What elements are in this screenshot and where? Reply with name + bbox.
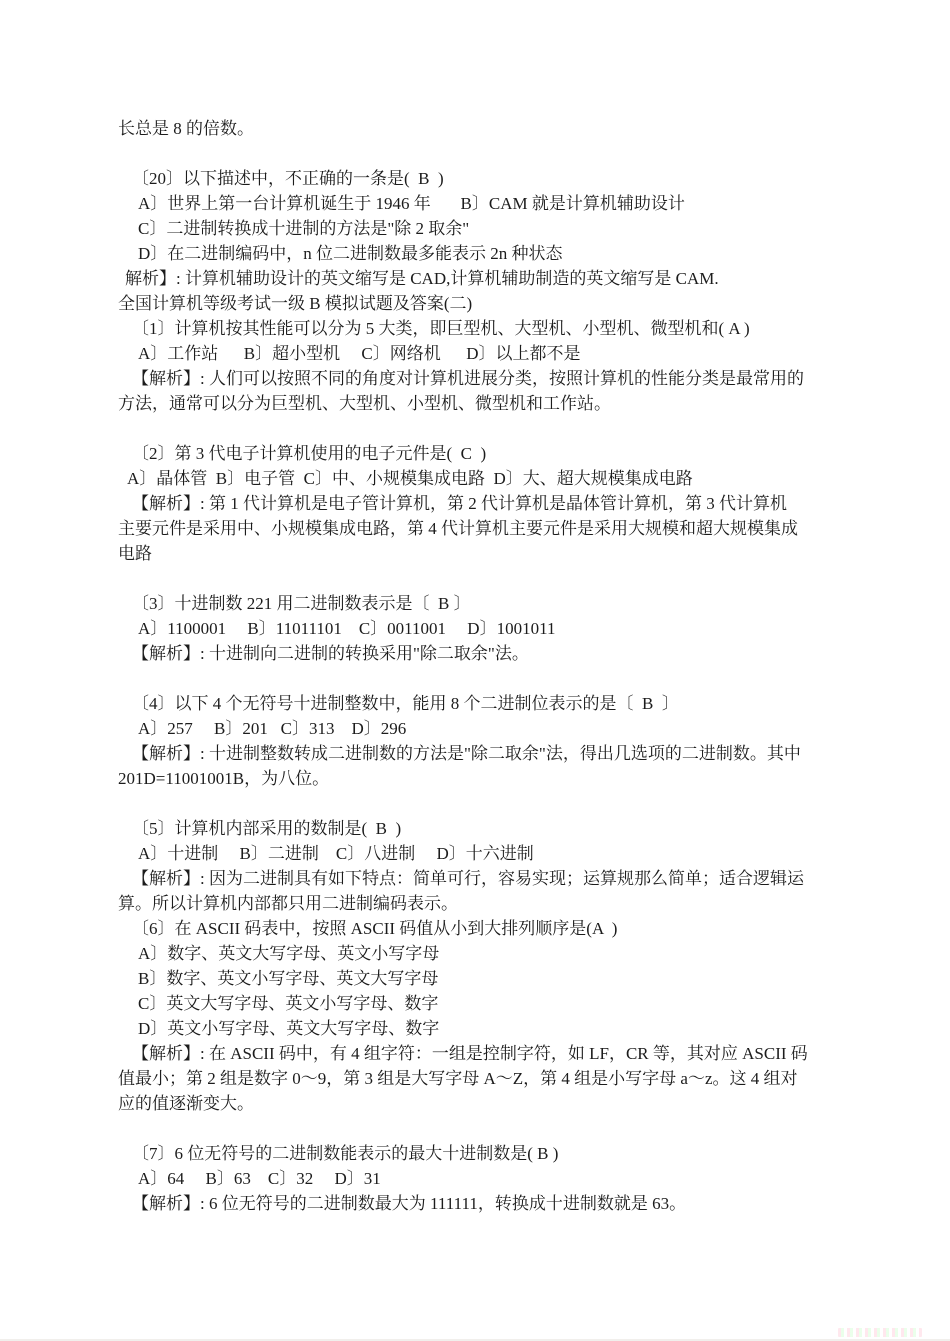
question-5-stem: 〔5〕计算机内部采用的数制是( B ): [118, 816, 834, 841]
question-3-explanation: 【解析】: 十进制向二进制的转换采用"除二取余"法。: [118, 641, 834, 666]
question-4-explanation-line-2: 201D=11001001B，为八位。: [118, 766, 834, 791]
blank-line: [118, 416, 834, 441]
question-1-options: A〕工作站 B〕超小型机 C〕网络机 D〕以上都不是: [118, 341, 834, 366]
question-6-stem: 〔6〕在 ASCII 码表中，按照 ASCII 码值从小到大排列顺序是(A ): [118, 916, 834, 941]
document-page: 长总是 8 的倍数。 〔20〕以下描述中，不正确的一条是( B ) A〕世界上第…: [0, 0, 950, 1341]
question-20-option-c: C〕二进制转换成十进制的方法是"除 2 取余": [118, 216, 834, 241]
question-20-option-d: D〕在二进制编码中，n 位二进制数最多能表示 2n 种状态: [118, 241, 834, 266]
question-20-options-ab: A〕世界上第一台计算机诞生于 1946 年 B〕CAM 就是计算机辅助设计: [118, 191, 834, 216]
question-2-explanation-line-3: 电路: [118, 541, 834, 566]
question-1-explanation-line-2: 方法，通常可以分为巨型机、大型机、小型机、微型机和工作站。: [118, 391, 834, 416]
question-6-option-b: B〕数字、英文小写字母、英文大写字母: [118, 966, 834, 991]
question-6-option-d: D〕英文小写字母、英文大写字母、数字: [118, 1016, 834, 1041]
faint-watermark: [838, 1328, 922, 1337]
question-5-options: A〕十进制 B〕二进制 C〕八进制 D〕十六进制: [118, 841, 834, 866]
question-2-options: A〕晶体管 B〕电子管 C〕中、小规模集成电路 D〕大、超大规模集成电路: [118, 466, 834, 491]
blank-line: [118, 791, 834, 816]
question-1-stem: 〔1〕计算机按其性能可以分为 5 大类，即巨型机、大型机、小型机、微型机和( A…: [118, 316, 834, 341]
question-7-stem: 〔7〕6 位无符号的二进制数能表示的最大十进制数是( B ): [118, 1141, 834, 1166]
question-3-options: A〕1100001 B〕11011101 C〕0011001 D〕1001011: [118, 616, 834, 641]
question-2-explanation-line-1: 【解析】: 第 1 代计算机是电子管计算机，第 2 代计算机是晶体管计算机，第 …: [118, 491, 834, 516]
question-6-explanation-line-2: 值最小；第 2 组是数字 0～9，第 3 组是大写字母 A～Z，第 4 组是小写…: [118, 1066, 834, 1091]
question-20-stem: 〔20〕以下描述中，不正确的一条是( B ): [118, 166, 834, 191]
question-20-explanation: 解析】: 计算机辅助设计的英文缩写是 CAD,计算机辅助制造的英文缩写是 CAM…: [118, 266, 834, 291]
question-5-explanation-line-2: 算。所以计算机内部都只用二进制编码表示。: [118, 891, 834, 916]
question-2-explanation-line-2: 主要元件是采用中、小规模集成电路，第 4 代计算机主要元件是采用大规模和超大规模…: [118, 516, 834, 541]
question-6-option-a: A〕数字、英文大写字母、英文小写字母: [118, 941, 834, 966]
blank-line: [118, 566, 834, 591]
blank-line: [118, 141, 834, 166]
question-4-stem: 〔4〕以下 4 个无符号十进制整数中，能用 8 个二进制位表示的是〔 B 〕: [118, 691, 834, 716]
question-7-explanation: 【解析】: 6 位无符号的二进制数最大为 111111，转换成十进制数就是 63…: [118, 1191, 834, 1216]
question-3-stem: 〔3〕十进制数 221 用二进制数表示是〔 B 〕: [118, 591, 834, 616]
question-4-options: A〕257 B〕201 C〕313 D〕296: [118, 716, 834, 741]
question-7-options: A〕64 B〕63 C〕32 D〕31: [118, 1166, 834, 1191]
document-text-body: 长总是 8 的倍数。 〔20〕以下描述中，不正确的一条是( B ) A〕世界上第…: [118, 116, 834, 1216]
question-6-explanation-line-1: 【解析】: 在 ASCII 码中，有 4 组字符：一组是控制字符，如 LF，CR…: [118, 1041, 834, 1066]
question-5-explanation-line-1: 【解析】: 因为二进制具有如下特点：简单可行，容易实现；运算规那么简单；适合逻辑…: [118, 866, 834, 891]
question-1-explanation-line-1: 【解析】: 人们可以按照不同的角度对计算机进展分类，按照计算机的性能分类是最常用…: [118, 366, 834, 391]
blank-line: [118, 666, 834, 691]
question-6-explanation-line-3: 应的值逐渐变大。: [118, 1091, 834, 1116]
page-overflow-text: 长总是 8 的倍数。: [118, 116, 834, 141]
blank-line: [118, 1116, 834, 1141]
question-2-stem: 〔2〕第 3 代电子计算机使用的电子元件是( C ): [118, 441, 834, 466]
question-4-explanation-line-1: 【解析】: 十进制整数转成二进制数的方法是"除二取余"法，得出几选项的二进制数。…: [118, 741, 834, 766]
question-6-option-c: C〕英文大写字母、英文小写字母、数字: [118, 991, 834, 1016]
exam-set-title: 全国计算机等级考试一级 B 模拟试题及答案(二): [118, 291, 834, 316]
